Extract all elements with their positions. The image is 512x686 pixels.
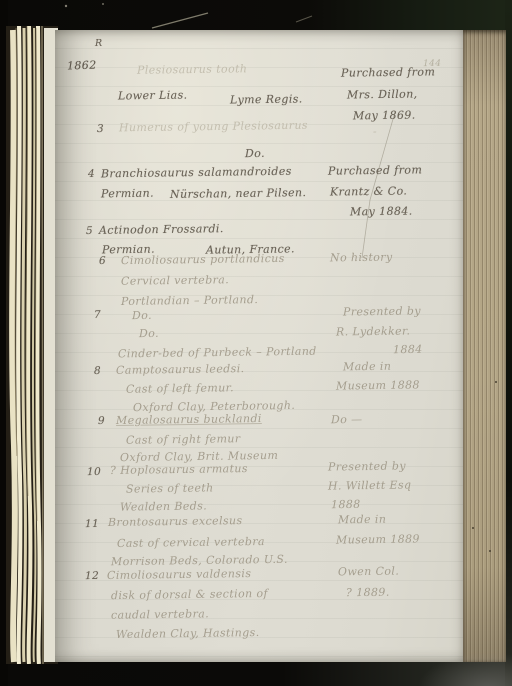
entry-4-locality: Nürschan, near Pilsen. bbox=[170, 187, 307, 200]
entry-4-horizon: Permian. bbox=[101, 188, 154, 200]
fore-edge-speck bbox=[495, 381, 497, 383]
entry-first-acquisition-1: Purchased from bbox=[341, 66, 435, 78]
entry-4-acquisition-1: Purchased from bbox=[328, 164, 422, 176]
entry-11-horizon: Morrison Beds, Colorado U.S. bbox=[111, 554, 288, 567]
entry-7-ditto-2: Do. bbox=[139, 328, 159, 339]
entry-10-number: 10 bbox=[87, 467, 101, 478]
entry-12-description-2: caudal vertebra. bbox=[111, 608, 209, 620]
fore-edge-speck bbox=[489, 550, 491, 552]
photo-bottom-highlight bbox=[417, 652, 512, 686]
entry-12-acquisition-2: ? 1889. bbox=[346, 587, 390, 599]
entry-6-note: No history bbox=[330, 252, 393, 264]
entry-7-acquisition-1: Presented by bbox=[343, 305, 421, 317]
entry-first-acquisition-2: Mrs. Dillon, bbox=[347, 89, 418, 101]
entry-11-acquisition-2: Museum 1889 bbox=[336, 533, 420, 545]
entry-8-description: Cast of left femur. bbox=[126, 382, 234, 395]
entry-8-taxon: Camptosaurus leedsi. bbox=[116, 363, 245, 376]
entry-first-locality: Lyme Regis. bbox=[230, 93, 303, 105]
entry-11-acquisition-1: Made in bbox=[338, 514, 386, 526]
book-leaf-edges bbox=[6, 26, 58, 664]
entry-10-taxon: ? Hoplosaurus armatus bbox=[110, 463, 248, 476]
entry-6-horizon: Portlandian – Portland. bbox=[121, 294, 258, 307]
entry-9-horizon: Oxford Clay, Brit. Museum bbox=[120, 450, 278, 463]
entry-6-number: 6 bbox=[99, 256, 106, 267]
register-page: R 1862 144 Plesiosaurus tooth Lower Lias… bbox=[55, 30, 463, 662]
entry-8-acquisition-2: Museum 1888 bbox=[336, 379, 420, 391]
entry-5-number: 5 bbox=[86, 226, 93, 237]
entry-10-horizon: Wealden Beds. bbox=[120, 500, 207, 512]
year-heading: 1862 bbox=[67, 59, 97, 71]
entry-10-description: Series of teeth bbox=[126, 482, 214, 494]
entry-11-taxon: Brontosaurus excelsus bbox=[108, 515, 243, 528]
entry-12-number: 12 bbox=[85, 571, 99, 582]
photo-background-right bbox=[505, 0, 512, 686]
entry-9-taxon: Megalosaurus bucklandi bbox=[116, 413, 262, 426]
entry-3-mark: - bbox=[373, 126, 377, 137]
entry-10-acquisition-2: H. Willett Esq bbox=[328, 479, 412, 491]
book-photograph: { "photo": { "folio_number": "144", "cor… bbox=[0, 0, 512, 686]
entry-8-horizon: Oxford Clay, Peterborough. bbox=[133, 400, 295, 413]
entry-first-acquisition-date: May 1869. bbox=[353, 110, 416, 122]
entry-6-taxon: Cimoliosaurus portlandicus bbox=[121, 253, 285, 266]
entry-9-number: 9 bbox=[98, 416, 105, 427]
entry-5-taxon: Actinodon Frossardi. bbox=[99, 223, 224, 236]
entry-8-number: 8 bbox=[94, 366, 101, 377]
entry-12-taxon: Cimoliosaurus valdensis bbox=[107, 568, 251, 581]
entry-11-number: 11 bbox=[85, 519, 99, 530]
entry-12-horizon: Wealden Clay, Hastings. bbox=[116, 627, 260, 640]
entry-7-number: 7 bbox=[94, 310, 101, 321]
entry-3-number: 3 bbox=[97, 124, 104, 135]
entry-10-acquisition-1: Presented by bbox=[328, 460, 406, 472]
entry-4-number: 4 bbox=[88, 169, 95, 180]
entry-9-ditto: Do — bbox=[331, 414, 363, 425]
entry-9-description: Cast of right femur bbox=[126, 433, 241, 446]
book-fore-edge bbox=[462, 30, 506, 662]
entry-12-description-1: disk of dorsal & section of bbox=[111, 588, 268, 601]
entry-7-horizon: Cinder-bed of Purbeck – Portland bbox=[118, 346, 317, 360]
entry-7-ditto-1: Do. bbox=[132, 310, 152, 321]
entry-first-horizon: Lower Lias. bbox=[118, 90, 188, 102]
entry-12-acquisition-1: Owen Col. bbox=[338, 566, 399, 578]
entry-7-acquisition-2: R. Lydekker. bbox=[336, 325, 410, 337]
fore-edge-speck bbox=[472, 527, 474, 529]
entry-6-description: Cervical vertebra. bbox=[121, 274, 229, 287]
corner-mark: R bbox=[95, 39, 103, 49]
entry-10-year: 1888 bbox=[331, 499, 361, 510]
entry-4-acquisition-date: May 1884. bbox=[350, 206, 413, 218]
entry-4-acquisition-2: Krantz & Co. bbox=[330, 185, 407, 197]
entry-7-year: 1884 bbox=[393, 344, 423, 355]
entry-3-description: Humerus of young Plesiosaurus bbox=[119, 120, 308, 134]
entry-4-taxon: Branchiosaurus salamandroides bbox=[101, 166, 292, 180]
entry-3-ditto: Do. bbox=[245, 148, 265, 159]
entry-first-description: Plesiosaurus tooth bbox=[137, 63, 248, 76]
entry-8-acquisition-1: Made in bbox=[343, 361, 391, 373]
leaf-edges-graphic bbox=[6, 26, 58, 664]
entry-11-description: Cast of cervical vertebra bbox=[117, 536, 265, 549]
